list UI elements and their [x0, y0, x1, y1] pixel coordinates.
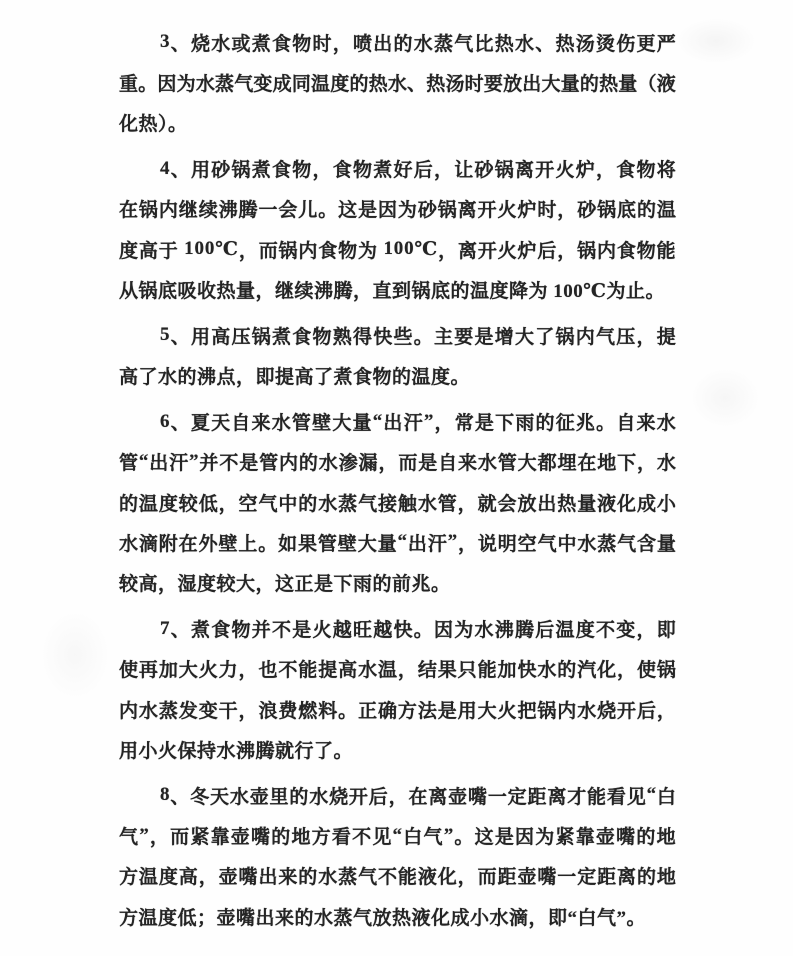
paragraph-item-3: 3、烧水或煮食物时，喷出的水蒸气比热水、热汤烫伤更严重。因为水蒸气变成同温度的热… — [119, 22, 676, 143]
paragraph-item-5: 5、用高压锅煮食物熟得快些。主要是增大了锅内气压，提高了水的沸点，即提高了煮食物… — [119, 315, 676, 395]
text-line: 管“出汗”并不是管内的水渗漏，而是自来水管大都埋在地下，水 — [119, 442, 676, 482]
document-page: { "document": { "kind": "scanned-study-n… — [0, 0, 793, 956]
text-line: 4、用砂锅煮食物，食物煮好后，让砂锅离开火炉，食物将 — [119, 149, 676, 189]
paragraph-item-6: 6、夏天自来水管壁大量“出汗”，常是下雨的征兆。自来水管“出汗”并不是管内的水渗… — [119, 402, 676, 603]
text-line: 8、冬天水壶里的水烧开后，在离壶嘴一定距离才能看见“白 — [119, 775, 676, 815]
text-line: 用小火保持水沸腾就行了。 — [119, 729, 676, 769]
text-line: 从锅底吸收热量，继续沸腾，直到锅底的温度降为 100℃为止。 — [119, 269, 676, 309]
text-line: 5、用高压锅煮食物熟得快些。主要是增大了锅内气压，提 — [119, 315, 676, 355]
text-line: 重。因为水蒸气变成同温度的热水、热汤时要放出大量的热量（液 — [119, 62, 676, 102]
text-line: 方温度高，壶嘴出来的水蒸气不能液化，而距壶嘴一定距离的地 — [119, 856, 676, 896]
text-line: 高了水的沸点，即提高了煮食物的温度。 — [119, 356, 676, 396]
text-line: 方温度低；壶嘴出来的水蒸气放热液化成小水滴，即“白气”。 — [119, 896, 676, 936]
scan-smudge — [690, 368, 760, 428]
text-line: 在锅内继续沸腾一会儿。这是因为砂锅离开火炉时，砂锅底的温 — [119, 189, 676, 229]
text-line: 较高，湿度较大，这正是下雨的前兆。 — [119, 562, 676, 602]
paragraph-item-4: 4、用砂锅煮食物，食物煮好后，让砂锅离开火炉，食物将在锅内继续沸腾一会儿。这是因… — [119, 149, 676, 310]
text-block: 3、烧水或煮食物时，喷出的水蒸气比热水、热汤烫伤更严重。因为水蒸气变成同温度的热… — [119, 22, 676, 942]
text-line: 内水蒸发变干，浪费燃料。正确方法是用大火把锅内水烧开后， — [119, 689, 676, 729]
paragraph-item-8: 8、冬天水壶里的水烧开后，在离壶嘴一定距离才能看见“白气”，而紧靠壶嘴的地方看不… — [119, 775, 676, 936]
scan-smudge — [40, 610, 110, 700]
text-line: 3、烧水或煮食物时，喷出的水蒸气比热水、热汤烫伤更严 — [119, 22, 676, 62]
text-line: 气”，而紧靠壶嘴的地方看不见“白气”。这是因为紧靠壶嘴的地 — [119, 816, 676, 856]
text-line: 的温度较低，空气中的水蒸气接触水管，就会放出热量液化成小 — [119, 482, 676, 522]
text-line: 6、夏天自来水管壁大量“出汗”，常是下雨的征兆。自来水 — [119, 402, 676, 442]
text-line: 7、煮食物并不是火越旺越快。因为水沸腾后温度不变，即 — [119, 609, 676, 649]
paragraph-item-7: 7、煮食物并不是火越旺越快。因为水沸腾后温度不变，即使再加大火力，也不能提高水温… — [119, 609, 676, 770]
text-line: 度高于 100℃，而锅内食物为 100℃，离开火炉后，锅内食物能 — [119, 229, 676, 269]
text-line: 化热）。 — [119, 102, 676, 142]
text-line: 使再加大火力，也不能提高水温，结果只能加快水的汽化，使锅 — [119, 649, 676, 689]
scan-smudge — [676, 18, 756, 64]
text-line: 水滴附在外壁上。如果管壁大量“出汗”，说明空气中水蒸气含量 — [119, 522, 676, 562]
scanned-page: 3、烧水或煮食物时，喷出的水蒸气比热水、热汤烫伤更严重。因为水蒸气变成同温度的热… — [0, 0, 793, 956]
